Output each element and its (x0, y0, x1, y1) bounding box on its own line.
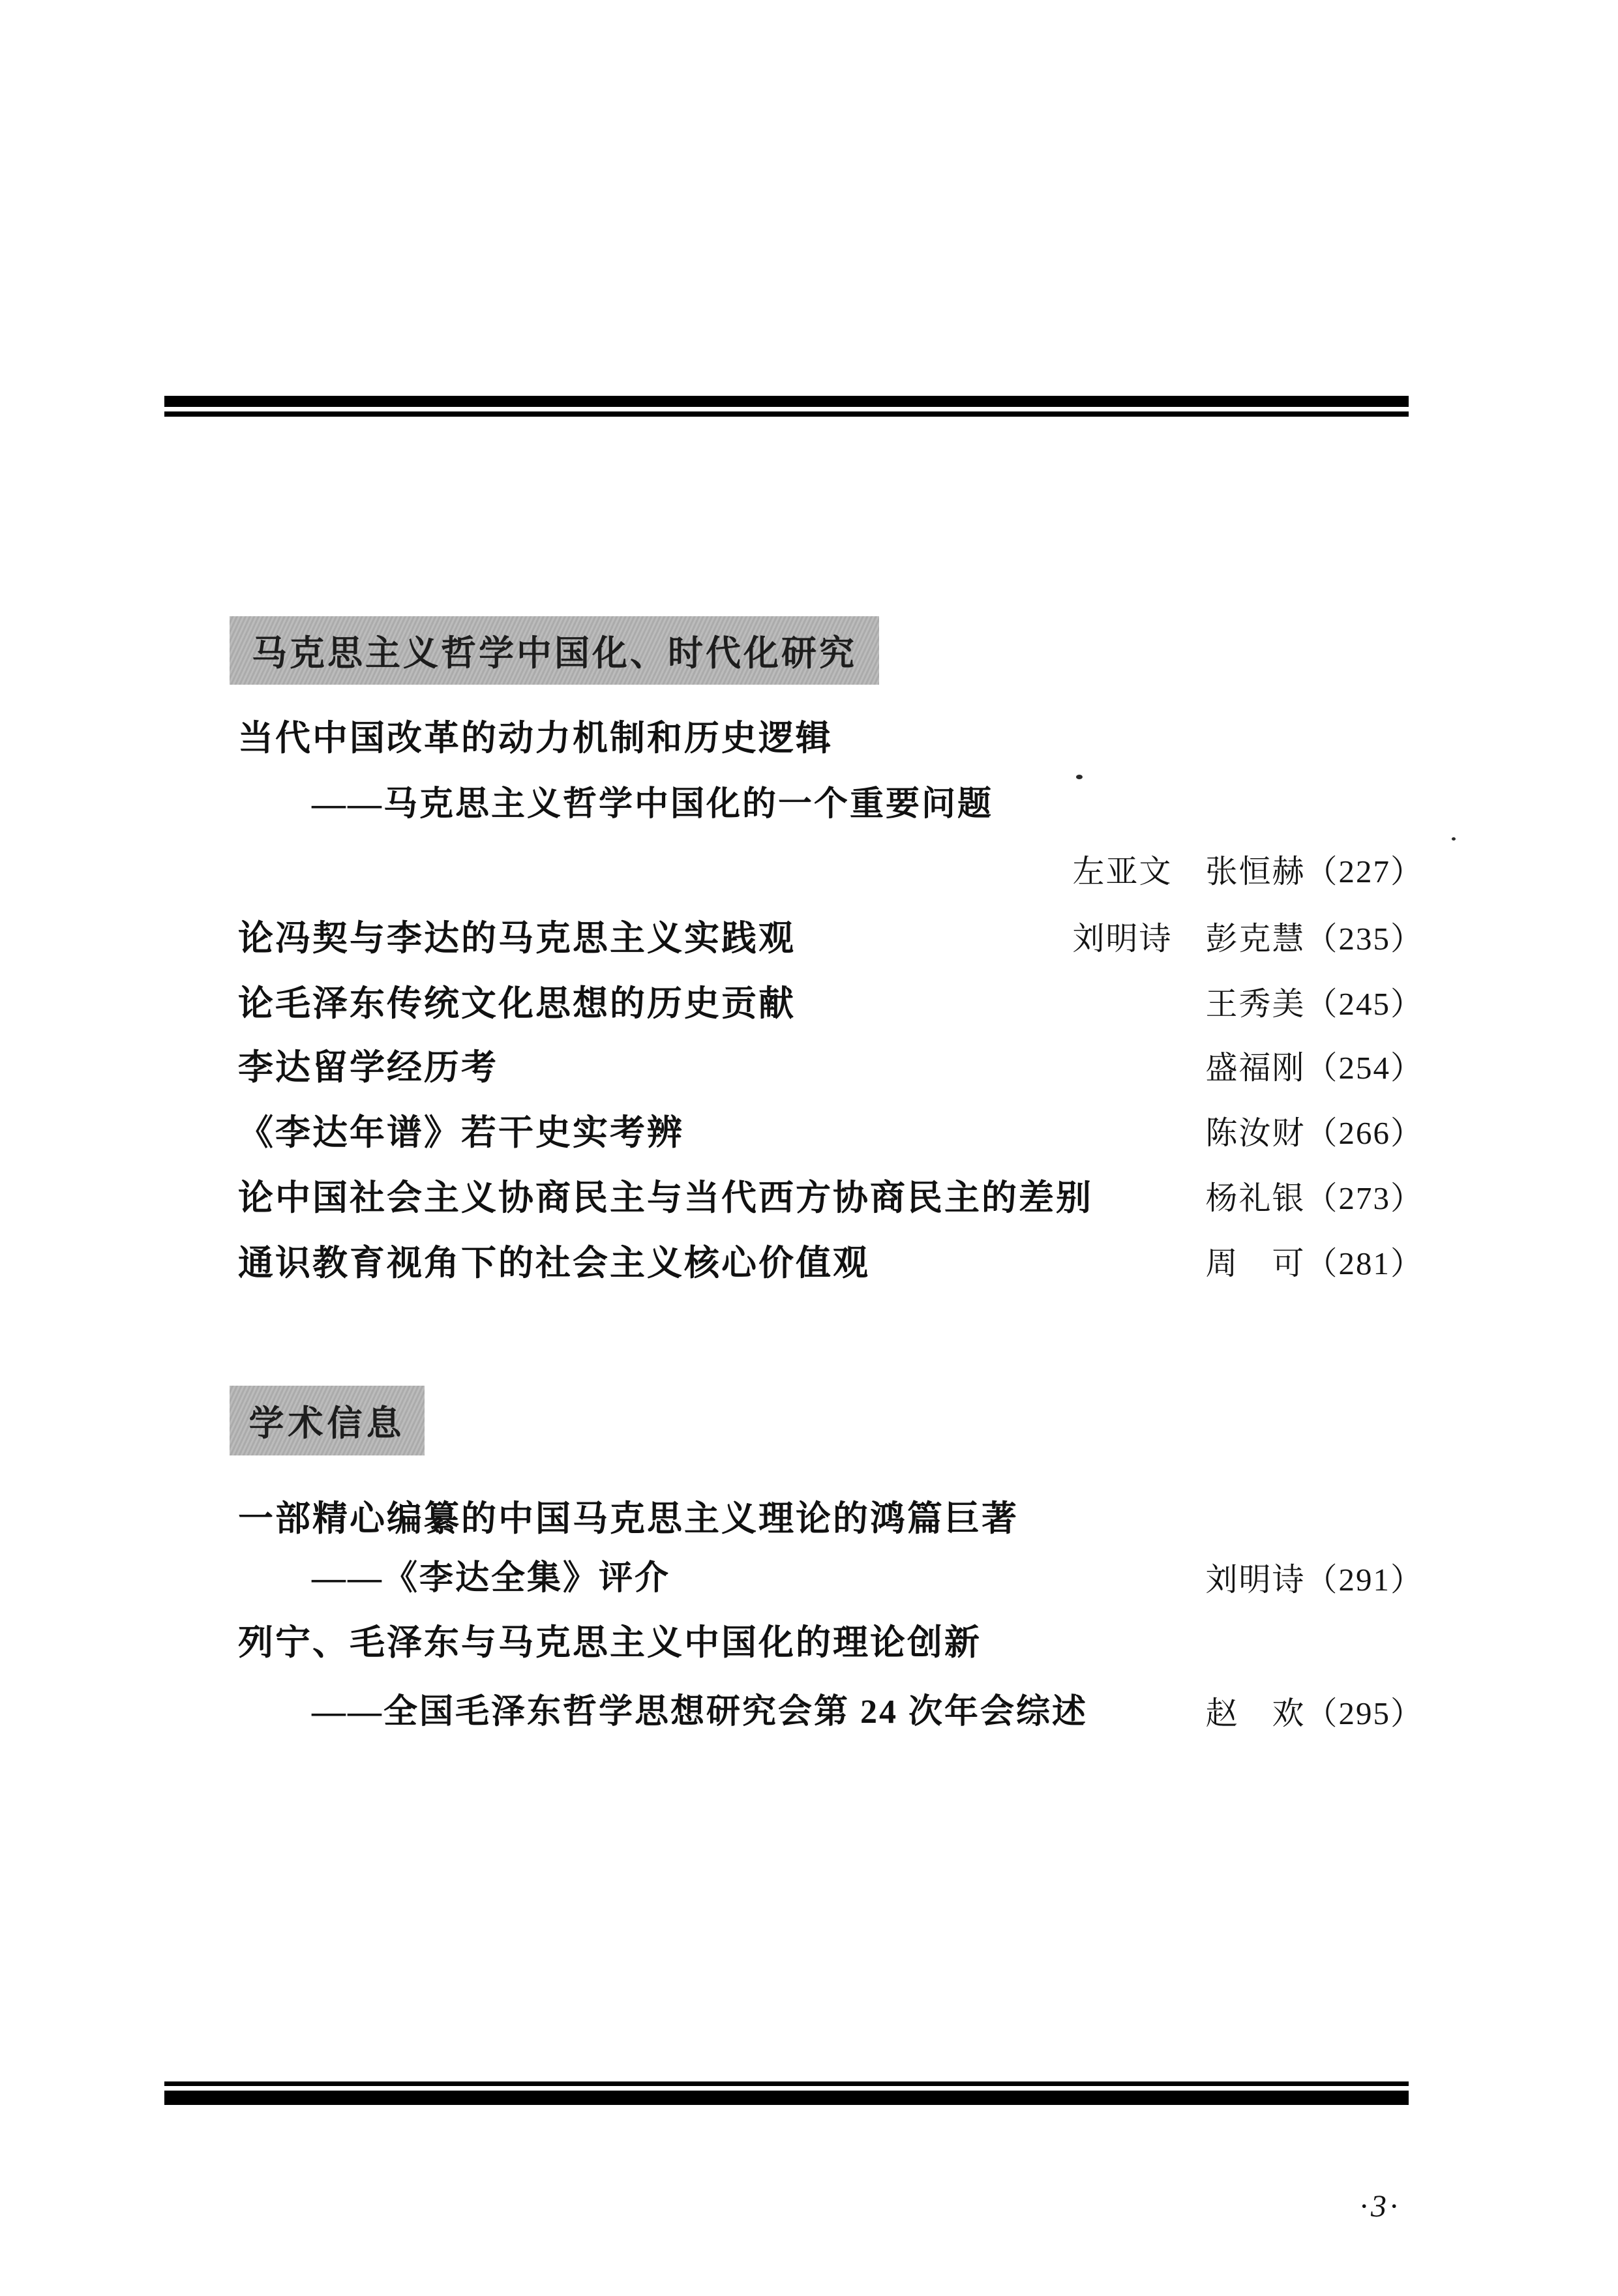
entry-title: 李达留学经历考 (238, 1050, 498, 1085)
top-rule-thin (164, 411, 1409, 417)
section-header-label: 马克思主义哲学中国化、时代化研究 (252, 625, 857, 676)
scan-speck (1076, 775, 1083, 779)
bottom-rule-thin (164, 2081, 1409, 2086)
entry-authors: 赵 欢（295） (1205, 1697, 1424, 1729)
entry-authors: 杨礼银（273） (1205, 1182, 1424, 1214)
entry-title: 通识教育视角下的社会主义核心价值观 (238, 1245, 870, 1281)
toc-page: 马克思主义哲学中国化、时代化研究 当代中国改革的动力机制和历史逻辑 ——马克思主… (0, 0, 1618, 2296)
section-header-academic-info: 学术信息 (230, 1386, 425, 1455)
entry-authors: 刘明诗（291） (1205, 1564, 1424, 1596)
bottom-rule-thick (164, 2091, 1409, 2105)
scan-speck (1452, 837, 1456, 841)
entry-title: 论毛泽东传统文化思想的历史贡献 (238, 986, 796, 1021)
entry-subtitle: ——《李达全集》评介 (312, 1562, 670, 1596)
entry-title: 一部精心编纂的中国马克思主义理论的鸿篇巨著 (238, 1501, 1019, 1536)
entry-title: 《李达年谱》若干史实考辨 (238, 1115, 684, 1150)
entry-authors: 周 可（281） (1205, 1247, 1424, 1279)
top-rule-thick (164, 396, 1409, 407)
section-header-marxism-research: 马克思主义哲学中国化、时代化研究 (230, 616, 879, 685)
entry-authors: 王秀美（245） (1205, 988, 1424, 1020)
entry-title: 论冯契与李达的马克思主义实践观 (238, 921, 796, 956)
entry-title: 列宁、毛泽东与马克思主义中国化的理论创新 (238, 1625, 981, 1660)
entry-subtitle: ——马克思主义哲学中国化的一个重要问题 (312, 788, 993, 822)
page-number: ·3· (1360, 2188, 1401, 2224)
entry-title: 当代中国改革的动力机制和历史逻辑 (238, 721, 833, 756)
entry-subtitle: ——全国毛泽东哲学思想研究会第 24 次年会综述 (312, 1695, 1088, 1729)
entry-authors: 刘明诗 彭克慧（235） (1072, 923, 1424, 955)
section-header-label: 学术信息 (249, 1395, 406, 1446)
entry-authors: 陈汝财（266） (1205, 1117, 1424, 1149)
entry-authors: 盛福刚（254） (1205, 1052, 1424, 1084)
entry-authors: 左亚文 张恒赫（227） (1072, 856, 1424, 887)
entry-title: 论中国社会主义协商民主与当代西方协商民主的差别 (238, 1180, 1093, 1215)
